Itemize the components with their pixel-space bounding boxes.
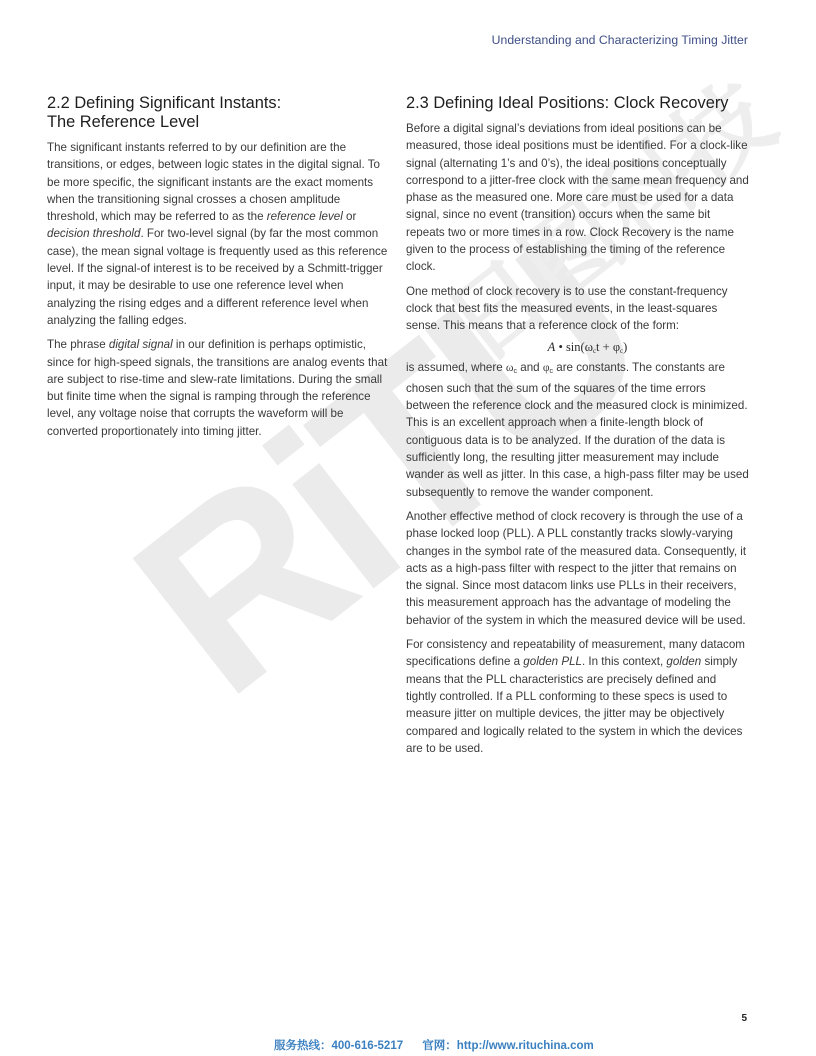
eq-omega: ω (585, 340, 593, 354)
text: in our definition is perhaps optimistic,… (47, 338, 387, 437)
emphasis: reference level (267, 210, 343, 223)
emphasis: golden PLL (523, 655, 582, 668)
left-column: 2.2 Defining Significant Instants: The R… (47, 94, 390, 447)
paragraph: For consistency and repeatability of mea… (406, 636, 749, 757)
paragraph: is assumed, where ωc and φc are constant… (406, 359, 749, 501)
running-header: Understanding and Characterizing Timing … (492, 33, 748, 47)
paragraph: The significant instants referred to by … (47, 139, 390, 329)
text: simply means that the PLL characteristic… (406, 655, 742, 754)
paragraph: Before a digital signal’s deviations fro… (406, 120, 749, 276)
right-column: 2.3 Defining Ideal Positions: Clock Reco… (406, 94, 749, 764)
heading-line-2: The Reference Level (47, 113, 199, 131)
text: . For two-level signal (by far the most … (47, 227, 387, 326)
page-number: 5 (741, 1013, 747, 1024)
paragraph: The phrase digital signal in our definit… (47, 336, 390, 440)
eq-text: t + (596, 340, 613, 354)
emphasis: decision threshold (47, 227, 140, 240)
eq-text: • sin( (555, 340, 584, 354)
heading-line-1: 2.2 Defining Significant Instants: (47, 94, 281, 112)
emphasis: golden (666, 655, 701, 668)
omega-symbol: ω (506, 361, 514, 374)
section-2-2-heading: 2.2 Defining Significant Instants: The R… (47, 94, 390, 132)
hotline-number: 400-616-5217 (332, 1040, 404, 1052)
emphasis: digital signal (109, 338, 173, 351)
text: is assumed, where (406, 361, 506, 374)
text: or (343, 210, 357, 223)
text: . In this context, (582, 655, 666, 668)
text: are constants. The constants are chosen … (406, 361, 749, 499)
text: and (517, 361, 543, 374)
eq-text: ) (623, 340, 627, 354)
website-link[interactable]: http://www.rituchina.com (457, 1040, 594, 1052)
phi-symbol: φ (543, 361, 550, 374)
paragraph: One method of clock recovery is to use t… (406, 283, 749, 335)
equation: A • sin(ωct + φc) (406, 340, 749, 355)
text: The phrase (47, 338, 109, 351)
eq-phi: φ (613, 340, 620, 354)
website-label: 官网： (422, 1040, 457, 1052)
footer: 服务热线：400-616-5217 官网：http://www.rituchin… (274, 1037, 594, 1053)
paragraph: Another effective method of clock recove… (406, 508, 749, 629)
hotline-label: 服务热线： (274, 1040, 332, 1052)
section-2-3-heading: 2.3 Defining Ideal Positions: Clock Reco… (406, 94, 749, 113)
